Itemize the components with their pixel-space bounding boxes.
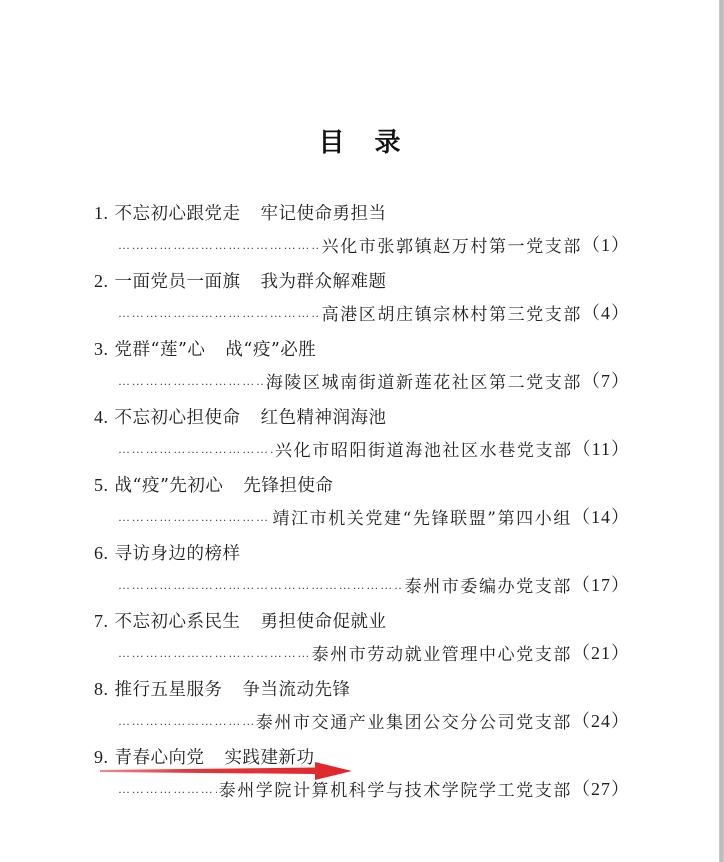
dot-leader: ………………………………………………………………… bbox=[118, 712, 254, 733]
entry-title[interactable]: 1.不忘初心跟党走牢记使命勇担当 bbox=[94, 200, 387, 225]
toc-entry-3[interactable]: 3.党群“莲”心战“疫”必胜 …………………………………………………………………… bbox=[94, 333, 630, 401]
entry-number: 6. bbox=[94, 543, 109, 563]
dot-leader: ………………………………………………………………… bbox=[118, 508, 270, 529]
dot-leader: ………………………………………………………………… bbox=[118, 372, 264, 393]
dot-leader: ………………………………………………………………… bbox=[118, 780, 217, 801]
title-char-1: 目 bbox=[318, 128, 344, 158]
dot-leader: ………………………………………………………………… bbox=[118, 304, 320, 325]
entry-unit: 高港区胡庄镇宗林村第三党支部 bbox=[320, 300, 582, 325]
entry-title-part1: 不忘初心跟党走 bbox=[115, 204, 241, 224]
toc-entry-2[interactable]: 2.一面党员一面旗我为群众解难题 ……………………………………………………………… bbox=[94, 265, 630, 333]
entry-title[interactable]: 5.战“疫”先初心先锋担使命 bbox=[94, 472, 333, 497]
entry-title-part1: 推行五星服务 bbox=[115, 680, 223, 700]
entry-unit: 泰州市交通产业集团公交分公司党支部 bbox=[254, 708, 572, 733]
entry-title-part2: 牢记使命勇担当 bbox=[261, 204, 387, 224]
entry-title-part1: 战“疫”先初心 bbox=[115, 476, 224, 496]
entry-title-part2: 红色精神润海池 bbox=[261, 408, 387, 428]
entry-page-number[interactable]: （17） bbox=[572, 571, 630, 597]
toc-entry-6[interactable]: 6.寻访身边的榜样 ………………………………………………………………… 泰州市委… bbox=[94, 537, 630, 605]
entry-title-part2: 争当流动先锋 bbox=[243, 680, 351, 700]
entry-title-part1: 党群“莲”心 bbox=[115, 340, 206, 360]
table-of-contents: 1.不忘初心跟党走牢记使命勇担当 ……………………………………………………………… bbox=[94, 197, 630, 809]
entry-page-number[interactable]: （27） bbox=[572, 775, 630, 801]
entry-title-part1: 一面党员一面旗 bbox=[115, 272, 241, 292]
entry-page-number[interactable]: （21） bbox=[572, 639, 630, 665]
entry-unit: 靖江市机关党建“先锋联盟”第四小组 bbox=[270, 504, 572, 529]
page-edge-scroll-border bbox=[719, 0, 724, 862]
title-char-2: 录 bbox=[375, 128, 401, 158]
entry-number: 5. bbox=[94, 475, 109, 495]
entry-title-part2: 我为群众解难题 bbox=[261, 272, 387, 292]
toc-entry-7[interactable]: 7.不忘初心系民生勇担使命促就业 ……………………………………………………………… bbox=[94, 605, 630, 673]
dot-leader: ………………………………………………………………… bbox=[118, 644, 310, 665]
entry-page-number[interactable]: （4） bbox=[582, 299, 630, 325]
entry-page-number[interactable]: （14） bbox=[572, 503, 630, 529]
entry-page-number[interactable]: （1） bbox=[582, 231, 630, 257]
entry-title-part1: 不忘初心担使命 bbox=[115, 408, 241, 428]
dot-leader: ………………………………………………………………… bbox=[118, 576, 403, 597]
entry-unit: 兴化市昭阳街道海池社区水巷党支部 bbox=[273, 436, 573, 461]
dot-leader: ………………………………………………………………… bbox=[118, 440, 273, 461]
entry-unit: 兴化市张郭镇赵万村第一党支部 bbox=[320, 232, 582, 257]
entry-unit: 海陵区城南街道新莲花社区第二党支部 bbox=[264, 368, 582, 393]
toc-entry-1[interactable]: 1.不忘初心跟党走牢记使命勇担当 ……………………………………………………………… bbox=[94, 197, 630, 265]
entry-leader-row: ………………………………………………………………… 兴化市昭阳街道海池社区水巷党… bbox=[118, 437, 630, 461]
entry-unit: 泰州市委编办党支部 bbox=[403, 572, 572, 597]
entry-leader-row: ………………………………………………………………… 泰州学院计算机科学与技术学院… bbox=[118, 777, 630, 801]
entry-title-part2: 战“疫”必胜 bbox=[225, 340, 316, 360]
toc-entry-5[interactable]: 5.战“疫”先初心先锋担使命 …………………………………………………………………… bbox=[94, 469, 630, 537]
entry-leader-row: ………………………………………………………………… 泰州市交通产业集团公交分公司… bbox=[118, 709, 630, 733]
entry-title[interactable]: 2.一面党员一面旗我为群众解难题 bbox=[94, 268, 387, 293]
entry-title[interactable]: 8.推行五星服务争当流动先锋 bbox=[94, 676, 351, 701]
entry-title[interactable]: 7.不忘初心系民生勇担使命促就业 bbox=[94, 608, 387, 633]
entry-number: 3. bbox=[94, 339, 109, 359]
dot-leader: ………………………………………………………………… bbox=[118, 236, 320, 257]
entry-page-number[interactable]: （7） bbox=[582, 367, 630, 393]
entry-leader-row: ………………………………………………………………… 靖江市机关党建“先锋联盟”第… bbox=[118, 505, 630, 529]
entry-page-number[interactable]: （11） bbox=[573, 435, 630, 461]
entry-number: 7. bbox=[94, 611, 109, 631]
entry-number: 1. bbox=[94, 203, 109, 223]
toc-entry-8[interactable]: 8.推行五星服务争当流动先锋 …………………………………………………………………… bbox=[94, 673, 630, 741]
entry-page-number[interactable]: （24） bbox=[572, 707, 630, 733]
entry-title-part1: 不忘初心系民生 bbox=[115, 612, 241, 632]
entry-title[interactable]: 6.寻访身边的榜样 bbox=[94, 540, 241, 565]
entry-leader-row: ………………………………………………………………… 兴化市张郭镇赵万村第一党支部… bbox=[118, 233, 630, 257]
entry-title[interactable]: 4.不忘初心担使命红色精神润海池 bbox=[94, 404, 387, 429]
entry-title[interactable]: 3.党群“莲”心战“疫”必胜 bbox=[94, 336, 316, 361]
red-arrow-annotation-icon bbox=[100, 762, 352, 780]
entry-leader-row: ………………………………………………………………… 泰州市委编办党支部 （17） bbox=[118, 573, 630, 597]
toc-entry-4[interactable]: 4.不忘初心担使命红色精神润海池 ……………………………………………………………… bbox=[94, 401, 630, 469]
entry-leader-row: ………………………………………………………………… 高港区胡庄镇宗林村第三党支部… bbox=[118, 301, 630, 325]
entry-leader-row: ………………………………………………………………… 泰州市劳动就业管理中心党支部… bbox=[118, 641, 630, 665]
entry-unit: 泰州市劳动就业管理中心党支部 bbox=[310, 640, 572, 665]
entry-title-part1: 寻访身边的榜样 bbox=[115, 544, 241, 564]
document-page: 目录 1.不忘初心跟党走牢记使命勇担当 ……………………………………………………… bbox=[0, 0, 719, 862]
entry-title-part2: 先锋担使命 bbox=[243, 476, 333, 496]
entry-number: 8. bbox=[94, 679, 109, 699]
entry-number: 4. bbox=[94, 407, 109, 427]
entry-leader-row: ………………………………………………………………… 海陵区城南街道新莲花社区第二… bbox=[118, 369, 630, 393]
entry-title-part2: 勇担使命促就业 bbox=[261, 612, 387, 632]
entry-number: 2. bbox=[94, 271, 109, 291]
page-title: 目录 bbox=[0, 122, 719, 159]
